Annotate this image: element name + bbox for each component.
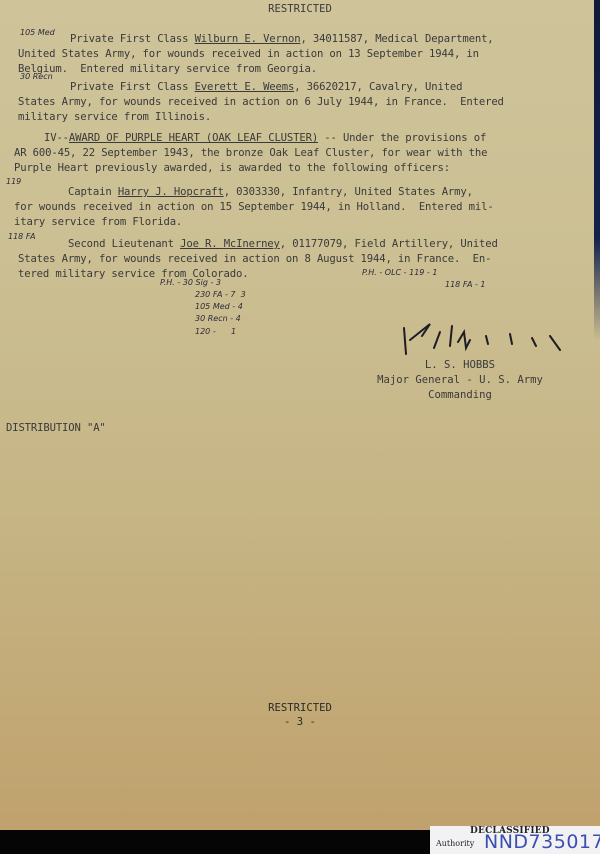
page-number: - 3 -: [220, 715, 380, 729]
declassification-stamp: DECLASSIFIED Authority NND735017: [430, 826, 600, 854]
signature-scrawl: [400, 318, 570, 358]
entry-line: United States Army, for wounds received …: [18, 47, 479, 62]
entry-line: itary service from Florida.: [14, 215, 182, 230]
authority-label: Authority: [436, 839, 474, 848]
margin-note: 105 Med: [20, 28, 55, 37]
signer-role: Commanding: [360, 388, 560, 403]
margin-note: 118 FA: [8, 232, 35, 241]
distribution-line: DISTRIBUTION "A": [6, 421, 106, 436]
section-title: AWARD OF PURPLE HEART (OAK LEAF CLUSTER): [69, 132, 318, 144]
document-page: RESTRICTED 105 Med Private First Class W…: [0, 0, 600, 854]
classification-header: RESTRICTED: [0, 3, 600, 15]
margin-note: 30 Recn: [20, 72, 53, 81]
entry-line: Belgium. Entered military service from G…: [18, 62, 317, 77]
footer-classification: RESTRICTED: [220, 701, 380, 715]
signer-name: L. S. HOBBS: [360, 358, 560, 373]
entry-line: military service from Illinois.: [18, 110, 211, 125]
authority-number: NND735017: [484, 831, 600, 853]
entry-line: Private First Class Everett E. Weems, 36…: [70, 80, 462, 95]
section-heading: IV--AWARD OF PURPLE HEART (OAK LEAF CLUS…: [44, 131, 486, 146]
tally-line: 118 FA - 1: [445, 280, 485, 289]
tally-line: 105 Med - 4: [195, 302, 243, 311]
page-footer: RESTRICTED - 3 -: [220, 701, 380, 729]
entry-line: States Army, for wounds received in acti…: [18, 252, 491, 267]
entry-line: Captain Harry J. Hopcraft, 0303330, Infa…: [68, 185, 473, 200]
signature-block: L. S. HOBBS Major General - U. S. Army C…: [360, 358, 560, 403]
tally-line: P.H. - 30 Sig - 3: [160, 278, 221, 287]
entry-line: for wounds received in action on 15 Sept…: [14, 200, 494, 215]
recipient-name: Harry J. Hopcraft: [118, 186, 224, 198]
section-line: Purple Heart previously awarded, is awar…: [14, 161, 450, 176]
tally-line: P.H. - OLC - 119 - 1: [362, 268, 437, 277]
tally-line: 230 FA - 7 3: [195, 290, 246, 299]
signer-rank: Major General - U. S. Army: [360, 373, 560, 388]
tally-line: 120 - 1: [195, 327, 236, 336]
recipient-name: Joe R. McInerney: [180, 238, 280, 250]
margin-note: 119: [6, 177, 21, 186]
recipient-name: Wilburn E. Vernon: [195, 33, 301, 45]
recipient-name: Everett E. Weems: [195, 81, 295, 93]
section-line: AR 600-45, 22 September 1943, the bronze…: [14, 146, 487, 161]
scan-black-bar: [0, 830, 430, 854]
tally-line: 30 Recn - 4: [195, 314, 241, 323]
entry-line: Private First Class Wilburn E. Vernon, 3…: [70, 32, 494, 47]
entry-line: States Army, for wounds received in acti…: [18, 95, 504, 110]
scanner-edge: [594, 0, 600, 340]
entry-line: Second Lieutenant Joe R. McInerney, 0117…: [68, 237, 498, 252]
